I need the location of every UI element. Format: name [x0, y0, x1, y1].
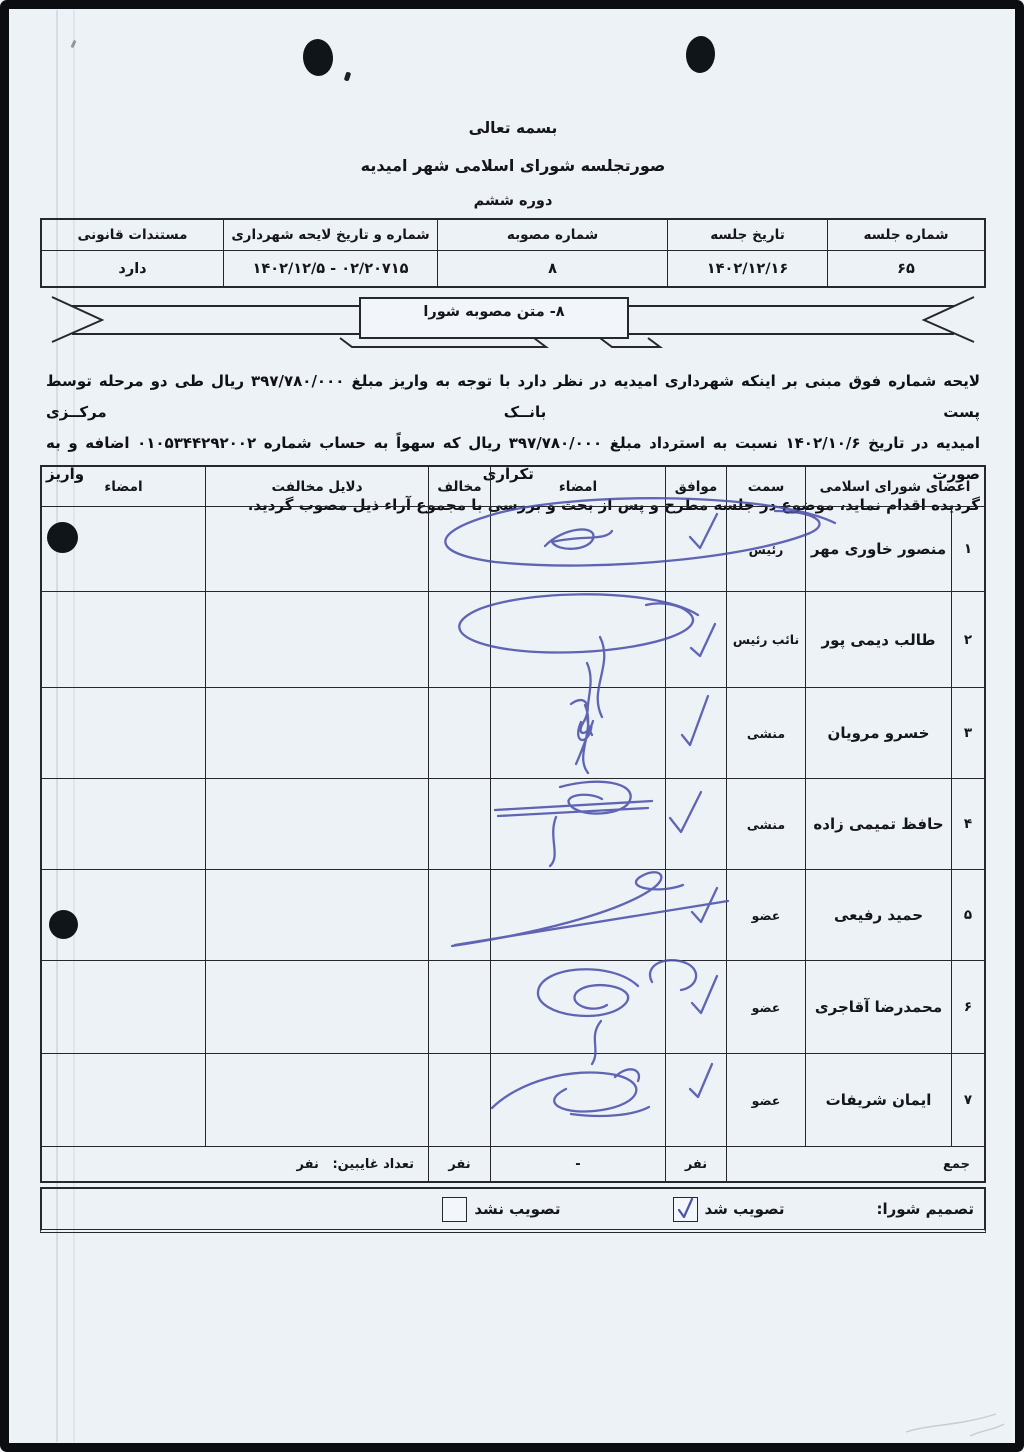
signature-cell	[490, 688, 665, 779]
oppose-reasons-cell	[205, 961, 428, 1054]
member-role: عضو	[726, 1054, 805, 1147]
bill-header: شماره و تاریخ لایحه شهرداری	[223, 220, 437, 251]
period-title: دوره ششم	[40, 193, 986, 209]
signature2-cell	[42, 507, 205, 592]
signature2-cell	[42, 961, 205, 1054]
oppose-cell	[428, 688, 490, 779]
summary-absent-label: تعداد غایبین: نفر	[42, 1147, 428, 1181]
member-name: طالب دیمی پور	[805, 592, 951, 688]
punch-hole-top-left	[301, 38, 334, 77]
signature2-cell	[42, 1054, 205, 1147]
signature2-cell	[42, 688, 205, 779]
bill-value: ۰۲/۲۰۷۱۵ - ۱۴۰۲/۱۲/۵	[223, 251, 437, 286]
session-no-header: شماره جلسه	[827, 220, 984, 251]
agree-cell	[665, 779, 726, 870]
signature-cell	[490, 1054, 665, 1147]
summary-total-label: جمع	[726, 1147, 984, 1181]
oppose-cell	[428, 779, 490, 870]
agree-cell	[665, 507, 726, 592]
oppose-header: مخالف	[428, 467, 490, 507]
session-date-value: ۱۴۰۲/۱۲/۱۶	[667, 251, 827, 286]
signature-cell	[490, 961, 665, 1054]
signature-cell	[490, 592, 665, 688]
oppose-cell	[428, 592, 490, 688]
agree-header: موافق	[665, 467, 726, 507]
oppose-reasons-cell	[205, 592, 428, 688]
row-number: ۷	[951, 1054, 984, 1147]
member-name: ایمان شریفات	[805, 1054, 951, 1147]
member-name: منصور خاوری مهر	[805, 507, 951, 592]
signature-cell	[490, 870, 665, 961]
members-header: اعضای شورای اسلامی	[805, 467, 984, 507]
signature-cell	[490, 779, 665, 870]
agree-cell	[665, 1054, 726, 1147]
legal-docs-header: مستندات قانونی	[42, 220, 223, 251]
oppose-cell	[428, 870, 490, 961]
summary-signature-dash: -	[490, 1147, 665, 1181]
member-role: منشی	[726, 779, 805, 870]
oppose-cell	[428, 507, 490, 592]
resolution-line-1: لایحه شماره فوق مبنی بر اینکه شهرداری ام…	[46, 366, 980, 428]
ink-speck	[344, 71, 352, 81]
bismillah-title: بسمه تعالی	[40, 119, 986, 137]
member-name: حافظ تمیمی زاده	[805, 779, 951, 870]
decision-row: تصمیم شورا: تصویب شد تصویب نشد	[40, 1187, 986, 1233]
member-role: عضو	[726, 961, 805, 1054]
agree-cell	[665, 961, 726, 1054]
scanned-minutes-page: بسمه تعالی صورتجلسه شورای اسلامی شهر امی…	[0, 0, 1024, 1452]
oppose-reasons-cell	[205, 507, 428, 592]
member-role: عضو	[726, 870, 805, 961]
row-number: ۲	[951, 592, 984, 688]
member-role: منشی	[726, 688, 805, 779]
approved-label: تصویب شد	[705, 1200, 785, 1218]
punch-hole-top-right	[685, 35, 717, 74]
member-role: رئیس	[726, 507, 805, 592]
signature2-cell	[42, 779, 205, 870]
approved-checkbox	[673, 1197, 698, 1222]
summary-agree-count: نفر	[665, 1147, 726, 1181]
signature-header: امضاء	[490, 467, 665, 507]
members-vote-table: اعضای شورای اسلامی سمت موافق امضاء مخالف…	[40, 465, 986, 1183]
decision-label: تصمیم شورا:	[876, 1200, 984, 1218]
oppose-reasons-cell	[205, 1054, 428, 1147]
session-no-value: ۶۵	[827, 251, 984, 286]
member-role: نائب رئیس	[726, 592, 805, 688]
oppose-reasons-cell	[205, 870, 428, 961]
agree-cell	[665, 688, 726, 779]
session-date-header: تاریخ جلسه	[667, 220, 827, 251]
page-title: صورتجلسه شورای اسلامی شهر امیدیه	[40, 156, 986, 175]
row-number: ۵	[951, 870, 984, 961]
resolution-no-header: شماره مصوبه	[437, 220, 667, 251]
row-number: ۱	[951, 507, 984, 592]
member-name: محمدرضا آقاجری	[805, 961, 951, 1054]
member-name: حمید رفیعی	[805, 870, 951, 961]
row-number: ۳	[951, 688, 984, 779]
oppose-reasons-cell	[205, 779, 428, 870]
role-header: سمت	[726, 467, 805, 507]
signature2-cell	[42, 592, 205, 688]
summary-oppose-count: نفر	[428, 1147, 490, 1181]
check-icon	[675, 1198, 695, 1220]
oppose-reasons-cell	[205, 688, 428, 779]
faint-scribble	[900, 1400, 1010, 1445]
agree-cell	[665, 592, 726, 688]
rejected-checkbox	[442, 1197, 467, 1222]
banner-title: ۸- متن مصوبه شورا	[360, 292, 628, 332]
oppose-cell	[428, 1054, 490, 1147]
resolution-no-value: ۸	[437, 251, 667, 286]
oppose-cell	[428, 961, 490, 1054]
agree-cell	[665, 870, 726, 961]
oppose-reasons-header: دلایل مخالفت	[205, 467, 428, 507]
signature2-header: امضاء	[42, 467, 205, 507]
member-name: خسرو مرویان	[805, 688, 951, 779]
legal-docs-value: دارد	[42, 251, 223, 286]
row-number: ۴	[951, 779, 984, 870]
session-info-table: شماره جلسه تاریخ جلسه شماره مصوبه شماره …	[40, 218, 986, 288]
row-number: ۶	[951, 961, 984, 1054]
rejected-label: تصویب نشد	[474, 1200, 560, 1218]
signature2-cell	[42, 870, 205, 961]
signature-cell	[490, 507, 665, 592]
